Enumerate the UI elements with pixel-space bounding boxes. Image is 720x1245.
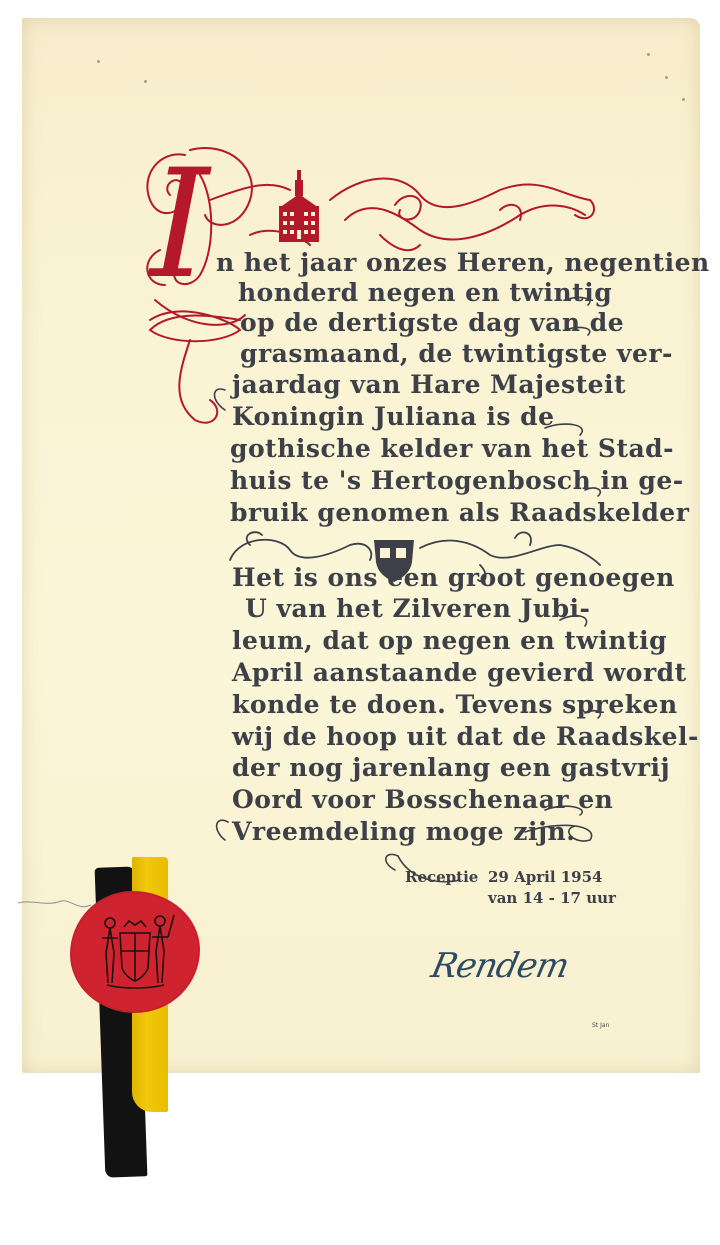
paper-speck [647, 53, 650, 56]
text-line: leum, dat op negen en twintig [232, 626, 667, 655]
text-line: op de dertigste dag van de [240, 308, 624, 337]
paper-speck [665, 76, 668, 79]
text-line: wij de hoop uit dat de Raadskel- [232, 722, 699, 751]
text-line: gothische kelder van het Stad- [230, 434, 674, 463]
reception-date: 29 April 1954 [488, 868, 603, 886]
text-line: honderd negen en twintig [238, 278, 612, 307]
text-line: U van het Zilveren Jubi- [245, 594, 590, 623]
text-line: Het is ons een groot genoegen [232, 563, 675, 592]
text-line: grasmaand, de twintigste ver- [240, 339, 673, 368]
wax-seal [72, 893, 198, 1011]
text-line: April aanstaande gevierd wordt [232, 658, 687, 687]
paper-speck [682, 98, 685, 101]
printer-mark: St Jan [592, 1022, 609, 1029]
reception-label: Receptie [405, 868, 478, 886]
text-line: bruik genomen als Raadskelder [230, 498, 689, 527]
text-line: konde te doen. Tevens spreken [232, 690, 678, 719]
paper-speck [97, 60, 100, 63]
text-line: Oord voor Bosschenaar en [232, 785, 613, 814]
paper-speck [144, 80, 147, 83]
text-line: Vreemdeling moge zijn. [232, 817, 575, 846]
text-line: jaardag van Hare Majesteit [232, 370, 626, 399]
signature: Rendem [428, 946, 572, 986]
text-line: Koningin Juliana is de [232, 402, 555, 431]
heraldic-seal-icon [72, 893, 198, 1011]
text-line: huis te 's Hertogenbosch in ge- [230, 466, 684, 495]
text-line: n het jaar onzes Heren, negentien [216, 248, 710, 277]
reception-time: van 14 - 17 uur [488, 889, 616, 907]
text-line: der nog jarenlang een gastvrij [232, 753, 670, 782]
illuminated-initial: I [150, 150, 209, 300]
